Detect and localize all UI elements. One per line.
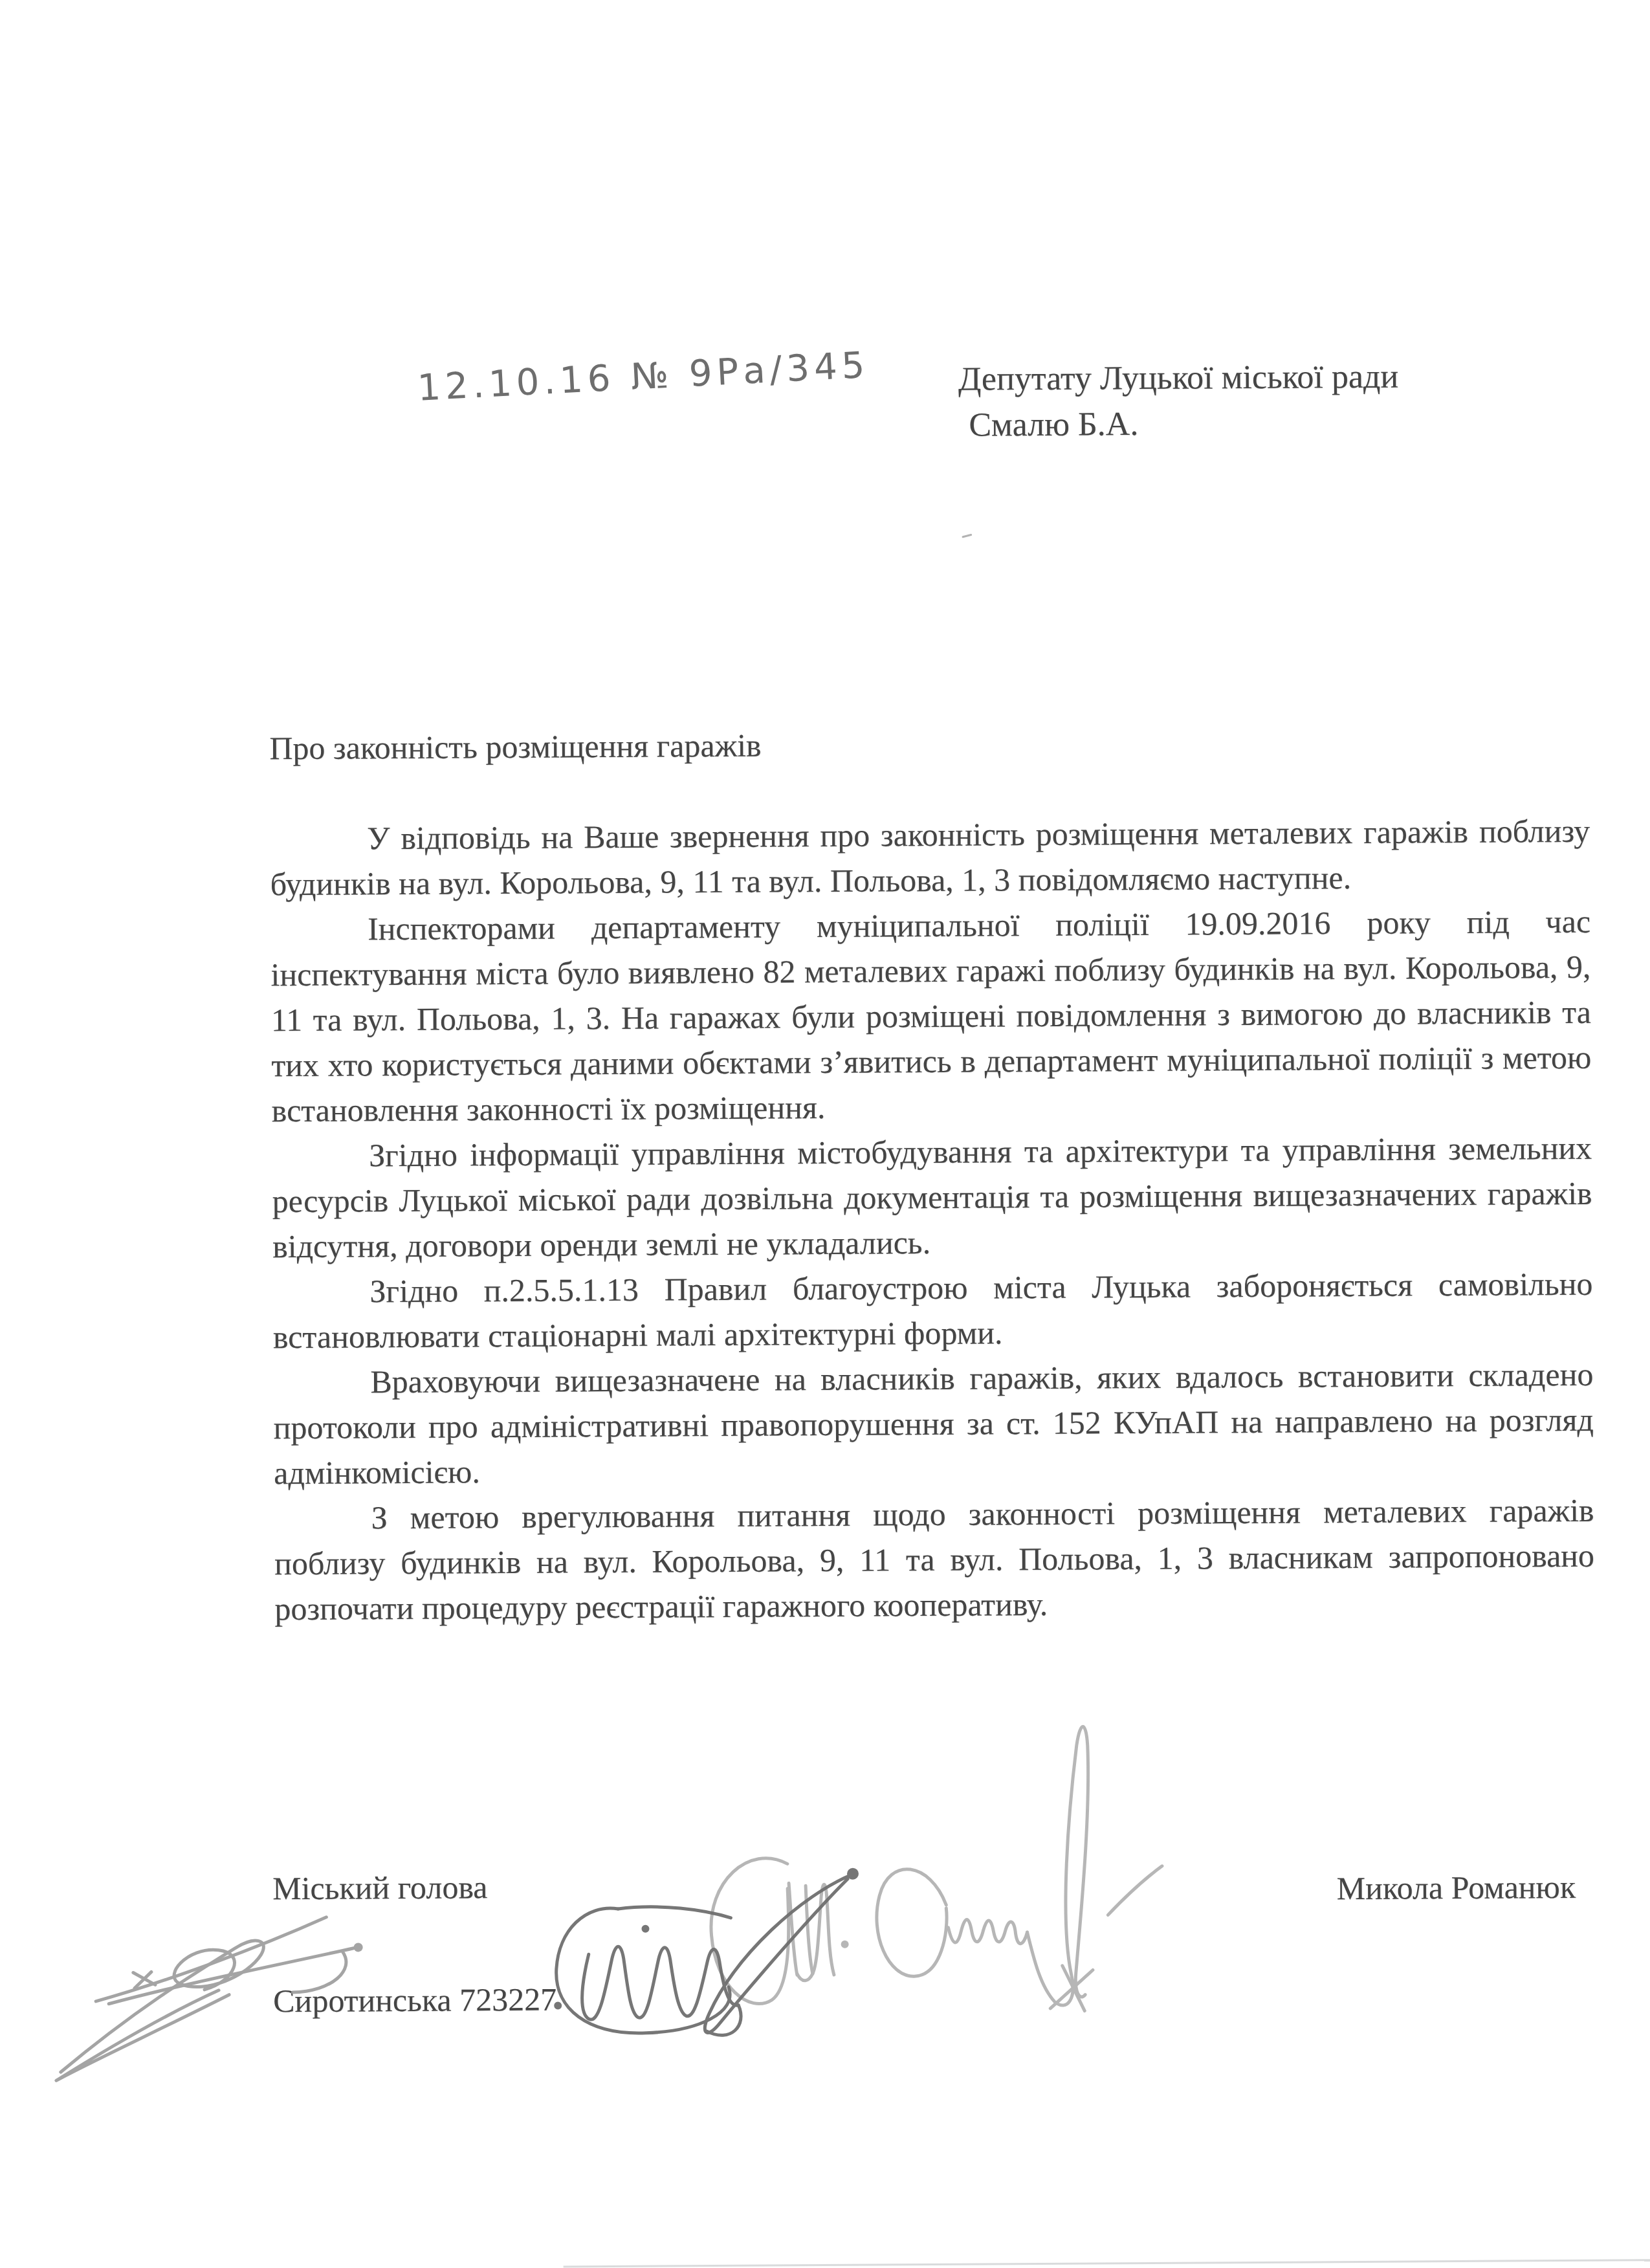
recipient-line-2: Смалю Б.А. <box>958 400 1399 448</box>
signature-scribble-bottom-left <box>55 1917 364 2080</box>
ink-signatures-layer <box>3 1645 1650 2173</box>
body-paragraph: Враховуючи вищезазначене на власників га… <box>273 1352 1594 1495</box>
body-paragraph: З метою врегулювання питання щодо законн… <box>274 1488 1594 1631</box>
scan-content: 12.10.16 № 9Ра/345 Депутату Луцької місь… <box>0 0 1650 2268</box>
body-paragraph: Інспекторами департаменту муніципальної … <box>270 899 1592 1133</box>
body-paragraph: У відповідь на Ваше звернення про законн… <box>270 808 1590 907</box>
body-paragraph: Згідно інформації управління містобудува… <box>272 1125 1592 1269</box>
body-paragraph: Згідно п.2.5.5.1.13 Правил благоустрою м… <box>272 1261 1593 1360</box>
signature-ink-over-reference <box>553 1868 860 2036</box>
scanned-letter-page: 12.10.16 № 9Ра/345 Депутату Луцької місь… <box>0 0 1650 2268</box>
scan-artifact-mark <box>962 534 972 538</box>
handwritten-registration-note: 12.10.16 № 9Ра/345 <box>417 344 870 410</box>
recipient-block: Депутату Луцької міської ради Смалю Б.А. <box>958 354 1399 448</box>
subject-line: Про законність розміщення гаражів <box>269 727 762 767</box>
signature-ink-center <box>710 1726 1163 2014</box>
scan-edge-artifact <box>564 2259 1650 2267</box>
letter-body: У відповідь на Ваше звернення про законн… <box>270 808 1595 1631</box>
recipient-line-1: Депутату Луцької міської ради <box>958 354 1399 402</box>
